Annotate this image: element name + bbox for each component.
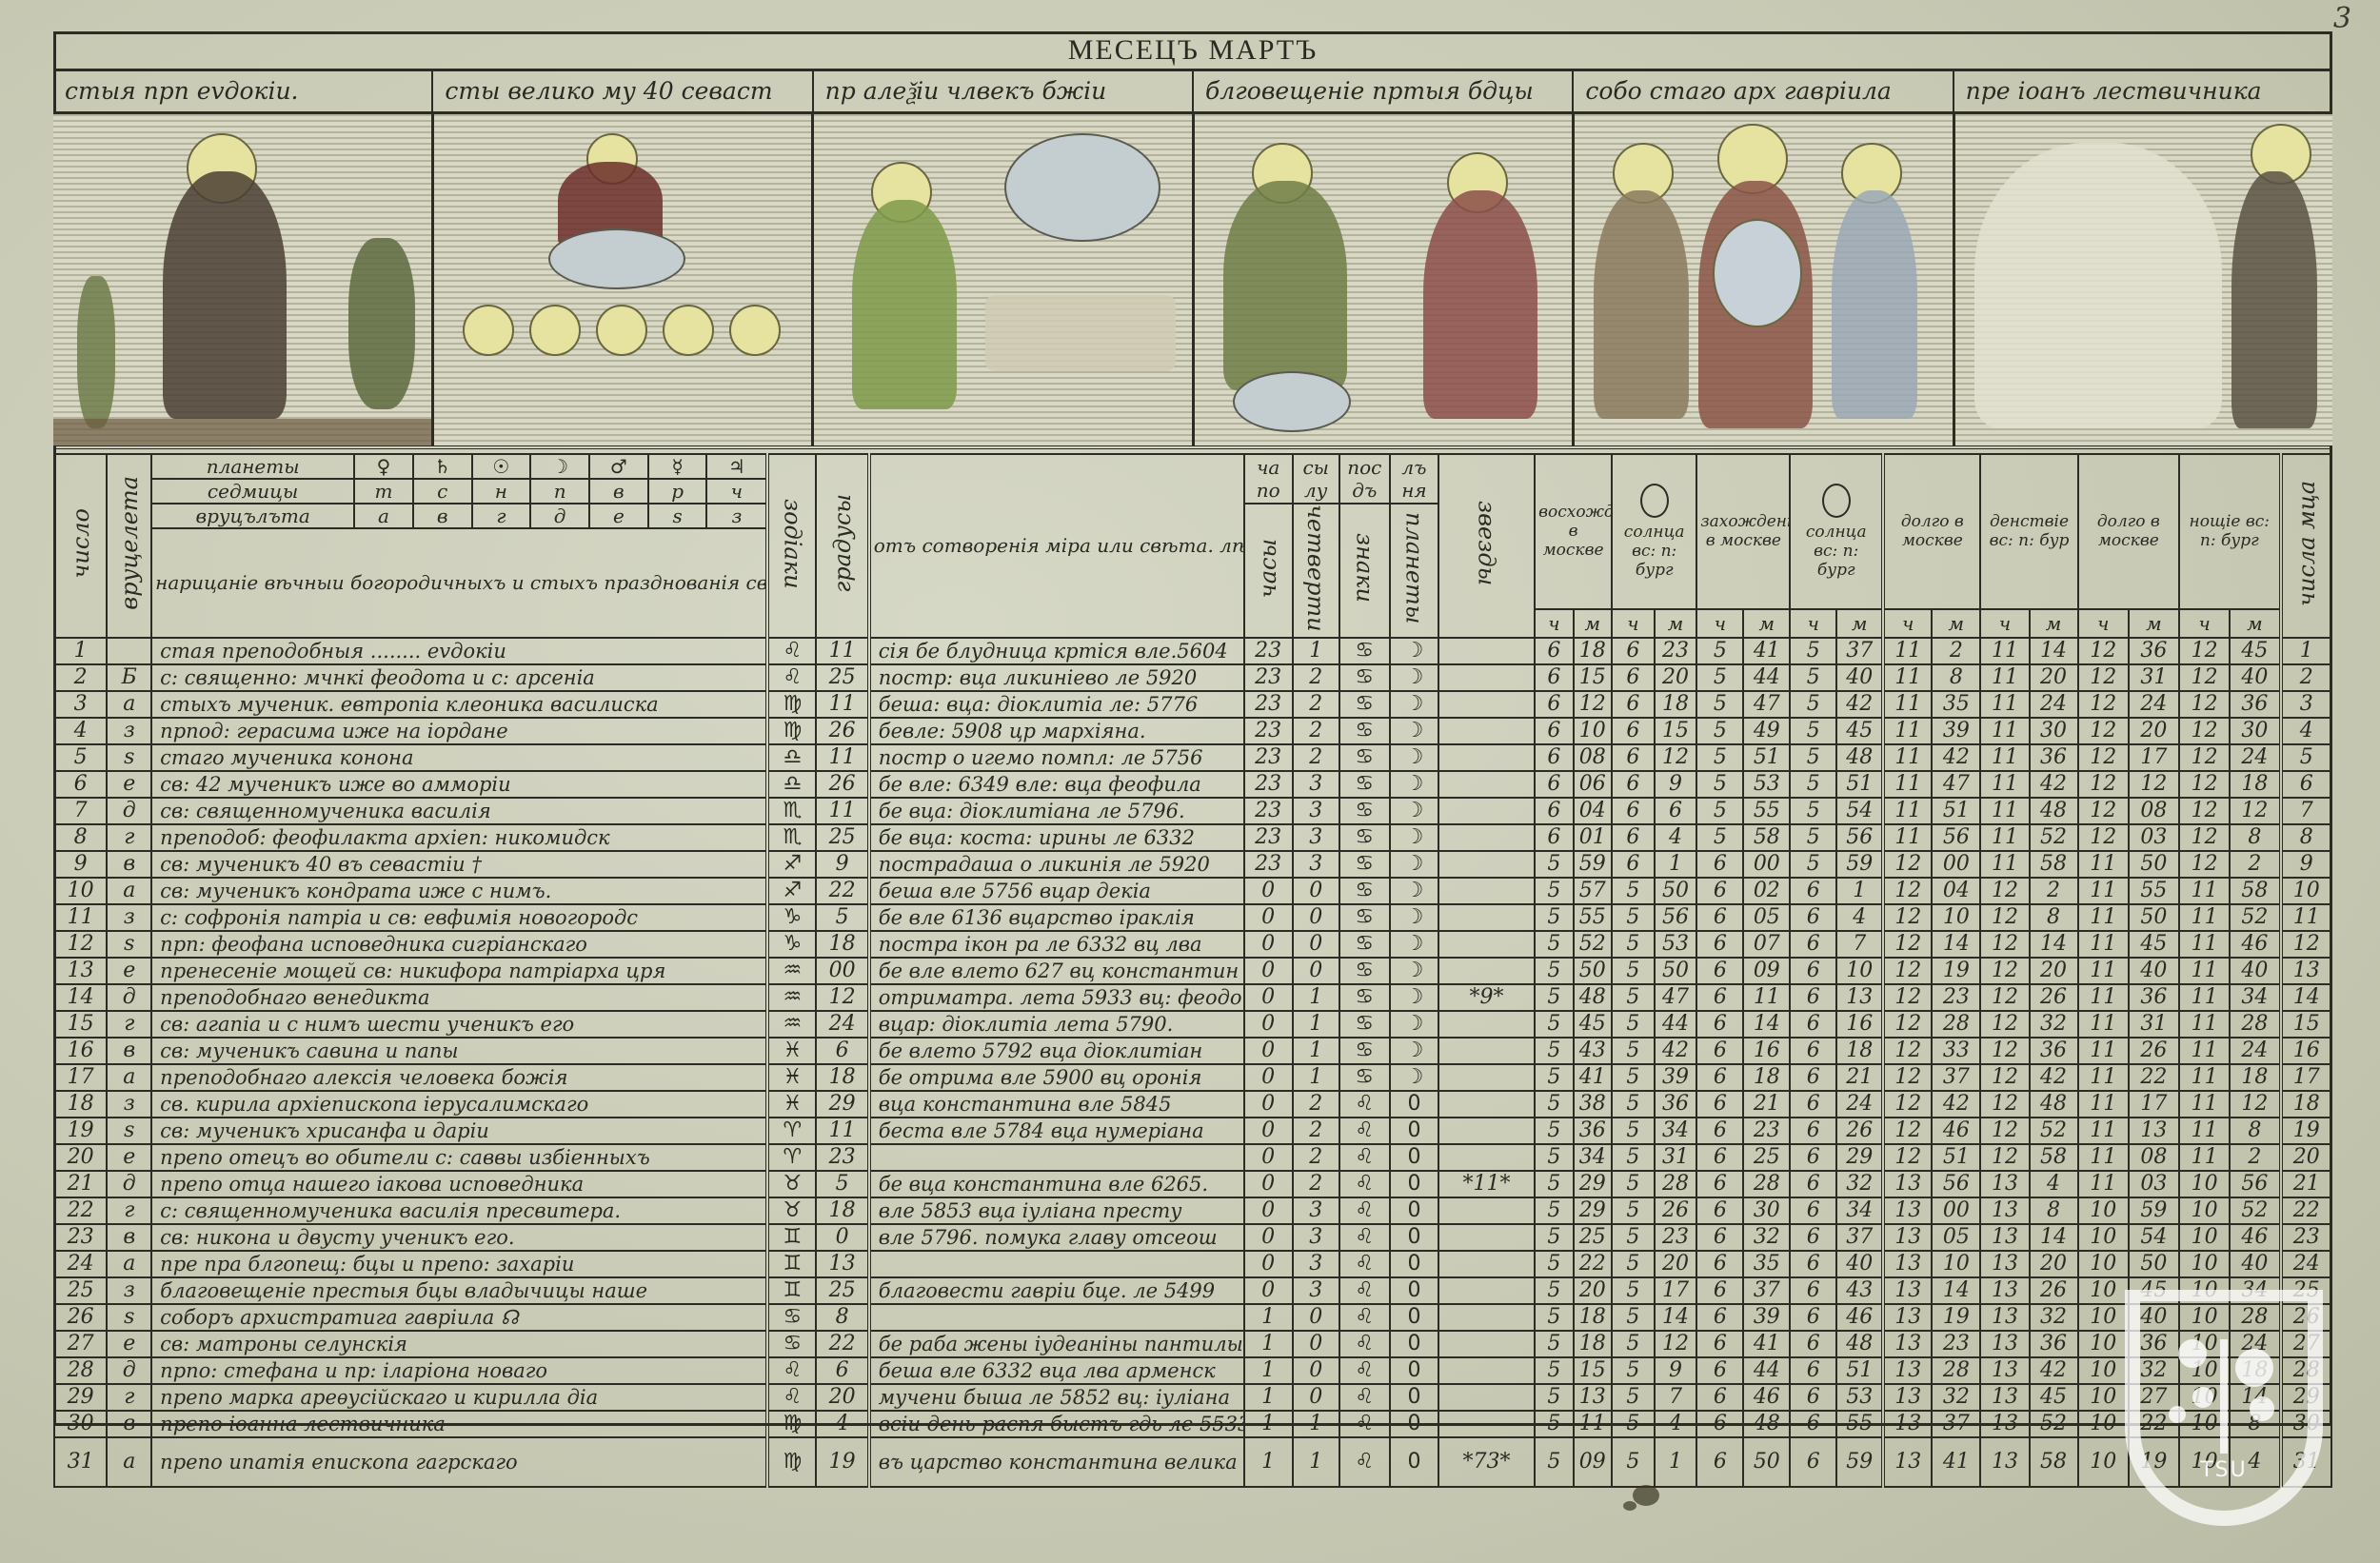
sunset-spb-h: 6: [1790, 1197, 1836, 1224]
sign-after: ♋: [1339, 744, 1390, 771]
nightlength-moscow-m: 08: [2129, 798, 2179, 824]
sunrise-spb-m: 4: [1655, 824, 1697, 851]
sunrise-spb-h: 5: [1612, 1384, 1655, 1411]
zodiac-sign: ♎: [767, 771, 816, 798]
sunset-moscow-h: 5: [1696, 664, 1743, 691]
stars: [1438, 638, 1535, 664]
commemoration: пренесеніе мощей св: никифора патріарха …: [151, 958, 767, 984]
sunset-spb-h: 6: [1790, 1118, 1836, 1144]
sunset-moscow-m: 44: [1743, 1357, 1790, 1384]
daylength-moscow-m: 51: [1932, 798, 1980, 824]
quarters: 0: [1293, 1384, 1339, 1411]
weekday-letter: Б: [107, 664, 151, 691]
zodiac-sign: ♊: [767, 1251, 816, 1277]
sign-after: ♌: [1339, 1384, 1390, 1411]
sunrise-spb-m: 23: [1655, 1224, 1697, 1251]
quarters: 2: [1293, 744, 1339, 771]
sunrise-spb-m: 15: [1655, 718, 1697, 744]
planet-day: ☽: [1390, 824, 1438, 851]
zodiac-sign: ♑: [767, 904, 816, 931]
planet-day: 0: [1390, 1197, 1438, 1224]
nightlength-spb-m: 24: [2230, 1038, 2280, 1064]
zodiac-sign: ♈: [767, 1118, 816, 1144]
planet-day: ☽: [1390, 851, 1438, 878]
nightlength-moscow-h: 12: [2078, 664, 2129, 691]
col-degrees: градусы: [816, 454, 868, 638]
table-row: 23всв: никона и двусту ученикъ его.♊0вле…: [54, 1224, 2331, 1251]
sunrise-spb-h: 6: [1612, 851, 1655, 878]
daylength-spb-m: 26: [2030, 1277, 2078, 1304]
degrees: 6: [816, 1357, 868, 1384]
degrees: 12: [816, 984, 868, 1011]
nightlength-spb-m: 40: [2230, 1251, 2280, 1277]
hours: 23: [1244, 664, 1293, 691]
daylength-moscow-m: 19: [1932, 1304, 1980, 1331]
sign-after: ♋: [1339, 1011, 1390, 1038]
nightlength-moscow-h: 11: [2078, 1011, 2129, 1038]
illustration-saint-alexius: [814, 114, 1195, 445]
nightlength-spb-m: 2: [2230, 1144, 2280, 1171]
planet-day: ☽: [1390, 904, 1438, 931]
table-row: 3астыхъ мученик. евтропіа клеоника васил…: [54, 691, 2331, 718]
nightlength-spb-h: 10: [2179, 1251, 2230, 1277]
sign-after: ♌: [1339, 1277, 1390, 1304]
nightlength-spb-m: 30: [2230, 718, 2280, 744]
zodiac-sign: ♎: [767, 744, 816, 771]
unit-minutes: м: [2129, 609, 2179, 638]
nightlength-spb-m: 18: [2230, 771, 2280, 798]
ink-stain: [1633, 1485, 1659, 1506]
day-number: 7: [54, 798, 107, 824]
stars: [1438, 824, 1535, 851]
vrutsleto-letter: а: [354, 504, 413, 528]
watermark-label: TSU: [2140, 1458, 2308, 1482]
sunrise-moscow-m: 08: [1574, 744, 1612, 771]
nightlength-moscow-m: 17: [2129, 744, 2179, 771]
daylength-spb-h: 12: [1980, 1064, 2029, 1091]
sunset-moscow-m: 35: [1743, 1251, 1790, 1277]
nightlength-moscow-m: 40: [2129, 958, 2179, 984]
sunset-spb-m: 26: [1836, 1118, 1883, 1144]
daylength-spb-h: 13: [1980, 1331, 2029, 1357]
zodiac-sign: ♐: [767, 851, 816, 878]
daylength-spb-m: 48: [2030, 798, 2078, 824]
planet-day: 0: [1390, 1331, 1438, 1357]
weekday-letter: з: [107, 1091, 151, 1118]
daylength-spb-m: 20: [2030, 1251, 2078, 1277]
day-number: 31: [54, 1437, 107, 1487]
daylength-spb-h: 13: [1980, 1277, 2029, 1304]
sunset-spb-h: 6: [1790, 1277, 1836, 1304]
feast-heading: стыя прп еvдокіи.: [53, 71, 433, 111]
nightlength-spb-h: 12: [2179, 638, 2230, 664]
hours: 0: [1244, 1011, 1293, 1038]
nightlength-spb-h: 11: [2179, 1144, 2230, 1171]
zodiac-sign: ♍: [767, 1437, 816, 1487]
sunrise-moscow-h: 5: [1535, 1091, 1573, 1118]
day-number: 13: [54, 958, 107, 984]
day-number: 2: [54, 664, 107, 691]
daylength-moscow-h: 12: [1883, 931, 1932, 958]
commemoration: препо іоанна лествичника: [151, 1411, 767, 1437]
degrees: 19: [816, 1437, 868, 1487]
sunrise-moscow-h: 5: [1535, 931, 1573, 958]
nightlength-moscow-h: 11: [2078, 1118, 2129, 1144]
sunset-spb-m: 56: [1836, 824, 1883, 851]
weekday-letter: а: [107, 1064, 151, 1091]
col-after-bottom: знаки: [1339, 504, 1390, 638]
nightlength-moscow-m: 03: [2129, 824, 2179, 851]
sunset-spb-m: 59: [1836, 851, 1883, 878]
sign-after: ♌: [1339, 1144, 1390, 1171]
planet-day: 0: [1390, 1091, 1438, 1118]
weekday-letter: в: [107, 1038, 151, 1064]
sunrise-spb-m: 12: [1655, 1331, 1697, 1357]
nightlength-moscow-h: 11: [2078, 878, 2129, 904]
daylength-moscow-m: 41: [1932, 1437, 1980, 1487]
era-note: бевле: 5908 цр мархіяна.: [869, 718, 1244, 744]
daylength-moscow-m: 28: [1932, 1011, 1980, 1038]
zodiac-sign: ♍: [767, 1411, 816, 1437]
planet-day: 0: [1390, 1144, 1438, 1171]
nightlength-spb-h: 11: [2179, 904, 2230, 931]
sunrise-moscow-h: 5: [1535, 1304, 1573, 1331]
sunrise-moscow-m: 48: [1574, 984, 1612, 1011]
sunrise-moscow-m: 25: [1574, 1224, 1612, 1251]
planet-day: ☽: [1390, 744, 1438, 771]
sunrise-spb-h: 5: [1612, 1011, 1655, 1038]
commemoration: препо марка ареѳусійскаго и кирилла діа: [151, 1384, 767, 1411]
day-number-right: 1: [2281, 638, 2332, 664]
table-row: 30впрепо іоанна лествичника♍4всіи день р…: [54, 1411, 2331, 1437]
illustration-forty-martyrs: [434, 114, 815, 445]
sunset-spb-m: 4: [1836, 904, 1883, 931]
day-number-right: 16: [2281, 1038, 2332, 1064]
daylength-spb-m: 20: [2030, 664, 2078, 691]
daylength-moscow-h: 11: [1883, 638, 1932, 664]
daylength-spb-h: 13: [1980, 1411, 2029, 1437]
planets-label: планеты: [151, 454, 354, 479]
day-number-right: 9: [2281, 851, 2332, 878]
nightlength-spb-m: 36: [2230, 691, 2280, 718]
day-number: 11: [54, 904, 107, 931]
era-note: сія бе блудница кртіся вле.5604: [869, 638, 1244, 664]
planet-symbol: ☉: [472, 454, 531, 479]
sunset-spb-m: 43: [1836, 1277, 1883, 1304]
degrees: 29: [816, 1091, 868, 1118]
table-row: 22гс: священномученика василія пресвитер…: [54, 1197, 2331, 1224]
sunset-moscow-h: 6: [1696, 1357, 1743, 1384]
unit-hours: ч: [1696, 609, 1743, 638]
quarters: 1: [1293, 1038, 1339, 1064]
sunrise-moscow-h: 5: [1535, 1331, 1573, 1357]
col-day-right: числа мца: [2281, 454, 2332, 638]
nightlength-moscow-m: 50: [2129, 1251, 2179, 1277]
sunrise-spb-m: 50: [1655, 878, 1697, 904]
daylength-moscow-h: 12: [1883, 1064, 1932, 1091]
hours: 23: [1244, 824, 1293, 851]
hours: 23: [1244, 638, 1293, 664]
sunset-spb-m: 46: [1836, 1304, 1883, 1331]
sunrise-moscow-m: 36: [1574, 1118, 1612, 1144]
sunset-moscow-m: 02: [1743, 878, 1790, 904]
stars: [1438, 664, 1535, 691]
weekday-letter: г: [107, 824, 151, 851]
zodiac-sign: ♒: [767, 984, 816, 1011]
era-note: бе отрима вле 5900 вц оронія: [869, 1064, 1244, 1091]
sunrise-moscow-m: 22: [1574, 1251, 1612, 1277]
sunset-spb-m: 7: [1836, 931, 1883, 958]
nightlength-moscow-m: 31: [2129, 664, 2179, 691]
sunrise-moscow-m: 09: [1574, 1437, 1612, 1487]
weekday-letter: з: [107, 718, 151, 744]
day-number: 1: [54, 638, 107, 664]
planet-symbol: ☽: [530, 454, 589, 479]
weekday-letter: в: [107, 851, 151, 878]
sunset-moscow-m: 44: [1743, 664, 1790, 691]
hours: 1: [1244, 1304, 1293, 1331]
daylength-moscow-h: 11: [1883, 744, 1932, 771]
daylength-spb-h: 11: [1980, 664, 2029, 691]
degrees: 11: [816, 1118, 868, 1144]
quarters: 0: [1293, 931, 1339, 958]
degrees: 8: [816, 1304, 868, 1331]
day-number: 19: [54, 1118, 107, 1144]
planet-day: 0: [1390, 1224, 1438, 1251]
commemoration: стая преподобныя ........ еvдокіи: [151, 638, 767, 664]
col-nightlength-moscow: долго в москве: [2078, 454, 2179, 609]
daylength-spb-h: 13: [1980, 1357, 2029, 1384]
daylength-moscow-m: 19: [1932, 958, 1980, 984]
sunrise-moscow-m: 34: [1574, 1144, 1612, 1171]
stars: [1438, 1331, 1535, 1357]
day-number-right: 7: [2281, 798, 2332, 824]
sunrise-moscow-m: 38: [1574, 1091, 1612, 1118]
daylength-moscow-m: 10: [1932, 904, 1980, 931]
degrees: 11: [816, 744, 868, 771]
daylength-moscow-h: 13: [1883, 1357, 1932, 1384]
stars: [1438, 1224, 1535, 1251]
era-note: [869, 1251, 1244, 1277]
sunrise-moscow-h: 5: [1535, 1437, 1573, 1487]
illustration-synaxis-gabriel: [1575, 114, 1955, 445]
planet-day: 0: [1390, 1437, 1438, 1487]
daylength-moscow-m: 37: [1932, 1064, 1980, 1091]
daylength-spb-h: 12: [1980, 1144, 2029, 1171]
weekday-letter: а: [107, 1251, 151, 1277]
table-row: 14дпреподобнаго венедикта♒12отриматра. л…: [54, 984, 2331, 1011]
sunrise-spb-h: 6: [1612, 664, 1655, 691]
hours: 0: [1244, 1224, 1293, 1251]
day-number-right: 2: [2281, 664, 2332, 691]
sign-after: ♋: [1339, 931, 1390, 958]
sign-after: ♋: [1339, 1038, 1390, 1064]
nightlength-spb-m: 40: [2230, 958, 2280, 984]
sunset-moscow-h: 6: [1696, 1251, 1743, 1277]
planet-day: ☽: [1390, 798, 1438, 824]
col-sunset-spb: солнца вс: п: бург: [1790, 454, 1883, 609]
sign-after: ♋: [1339, 851, 1390, 878]
zodiac-sign: ♊: [767, 1224, 816, 1251]
sunset-moscow-m: 51: [1743, 744, 1790, 771]
daylength-moscow-h: 11: [1883, 691, 1932, 718]
sunrise-spb-h: 5: [1612, 1304, 1655, 1331]
commemoration: св: мученикъ 40 въ севастіи †: [151, 851, 767, 878]
commemoration: св: мученикъ савина и папы: [151, 1038, 767, 1064]
sunset-spb-h: 6: [1790, 1224, 1836, 1251]
nightlength-moscow-h: 12: [2078, 798, 2129, 824]
nightlength-spb-h: 12: [2179, 771, 2230, 798]
sunset-spb-h: 6: [1790, 931, 1836, 958]
feast-heading: пр алеѯіи члвекъ бжіи: [814, 71, 1194, 111]
quarters: 3: [1293, 798, 1339, 824]
nightlength-spb-h: 12: [2179, 851, 2230, 878]
daylength-spb-m: 24: [2030, 691, 2078, 718]
day-number: 15: [54, 1011, 107, 1038]
sunset-moscow-m: 39: [1743, 1304, 1790, 1331]
sunset-spb-h: 6: [1790, 1171, 1836, 1197]
day-number: 26: [54, 1304, 107, 1331]
unit-minutes: м: [1574, 609, 1612, 638]
era-note: бе раба жены іудеаніны пантилы: [869, 1331, 1244, 1357]
sunrise-spb-h: 5: [1612, 1197, 1655, 1224]
zodiac-sign: ♓: [767, 1091, 816, 1118]
sunrise-spb-m: 53: [1655, 931, 1697, 958]
daylength-spb-m: 48: [2030, 1091, 2078, 1118]
daylength-spb-h: 11: [1980, 798, 2029, 824]
nightlength-spb-h: 12: [2179, 691, 2230, 718]
weekday-letter: [107, 638, 151, 664]
zodiac-sign: ♉: [767, 1171, 816, 1197]
sunset-spb-h: 5: [1790, 851, 1836, 878]
illustration-annunciation: [1195, 114, 1576, 445]
col-sunset-moscow: захожденіе в москве: [1696, 454, 1790, 609]
table-row: 11зс: софронія патріа и св: евфимія ново…: [54, 904, 2331, 931]
daylength-spb-m: 36: [2030, 744, 2078, 771]
nightlength-spb-m: 45: [2230, 638, 2280, 664]
sign-after: ♌: [1339, 1118, 1390, 1144]
sunrise-spb-h: 6: [1612, 744, 1655, 771]
day-number: 20: [54, 1144, 107, 1171]
sunrise-moscow-h: 5: [1535, 1357, 1573, 1384]
daylength-moscow-h: 11: [1883, 718, 1932, 744]
sunset-spb-h: 6: [1790, 958, 1836, 984]
sunset-spb-m: 37: [1836, 638, 1883, 664]
stars: [1438, 851, 1535, 878]
nightlength-spb-m: 8: [2230, 824, 2280, 851]
sunset-spb-h: 6: [1790, 904, 1836, 931]
planet-symbol: ♃: [706, 454, 767, 479]
sunrise-spb-m: 28: [1655, 1171, 1697, 1197]
vrutsleto-label: вруцълъта: [151, 504, 354, 528]
zodiac-sign: ♍: [767, 718, 816, 744]
day-number-right: 15: [2281, 1011, 2332, 1038]
sunrise-moscow-m: 06: [1574, 771, 1612, 798]
sunset-moscow-m: 46: [1743, 1384, 1790, 1411]
sunrise-spb-h: 6: [1612, 691, 1655, 718]
daylength-moscow-h: 13: [1883, 1224, 1932, 1251]
sign-after: ♌: [1339, 1091, 1390, 1118]
nightlength-moscow-h: 10: [2078, 1384, 2129, 1411]
daylength-spb-m: 14: [2030, 638, 2078, 664]
daylength-spb-h: 11: [1980, 824, 2029, 851]
daylength-spb-m: 4: [2030, 1171, 2078, 1197]
quarters: 0: [1293, 1357, 1339, 1384]
table-row: 15гсв: агапіа и с нимъ шести ученикъ его…: [54, 1011, 2331, 1038]
quarters: 0: [1293, 1331, 1339, 1357]
page-number: 3: [2333, 2, 2351, 35]
sunset-spb-m: 42: [1836, 691, 1883, 718]
sunrise-moscow-h: 5: [1535, 1064, 1573, 1091]
col-planet-day-top: лъ ня: [1390, 454, 1438, 504]
col-weekday-letter: вруцелета: [107, 454, 151, 638]
quarters: 0: [1293, 1304, 1339, 1331]
era-note: бе вле влето 627 вц константин: [869, 958, 1244, 984]
commemoration: преподоб: феофилакта архіеп: никомидск: [151, 824, 767, 851]
degrees: 23: [816, 1144, 868, 1171]
table-row: 2Бс: священно: мчнкі феодота и с: арсені…: [54, 664, 2331, 691]
hours: 23: [1244, 771, 1293, 798]
nightlength-moscow-h: 11: [2078, 958, 2129, 984]
commemoration: с: священномученика василія пресвитера.: [151, 1197, 767, 1224]
nightlength-spb-m: 12: [2230, 798, 2280, 824]
daylength-moscow-m: 46: [1932, 1118, 1980, 1144]
sunrise-moscow-m: 45: [1574, 1011, 1612, 1038]
sunset-moscow-h: 6: [1696, 984, 1743, 1011]
daylength-moscow-m: 05: [1932, 1224, 1980, 1251]
quarters: 1: [1293, 638, 1339, 664]
sunset-spb-m: 51: [1836, 771, 1883, 798]
weekday-letter: е: [107, 958, 151, 984]
zodiac-sign: ♊: [767, 1277, 816, 1304]
quarters: 2: [1293, 1091, 1339, 1118]
daylength-spb-h: 13: [1980, 1251, 2029, 1277]
commemoration: стаго мученика конона: [151, 744, 767, 771]
nightlength-moscow-m: 59: [2129, 1197, 2179, 1224]
sunrise-moscow-m: 52: [1574, 931, 1612, 958]
daylength-spb-m: 45: [2030, 1384, 2078, 1411]
sunrise-moscow-m: 41: [1574, 1064, 1612, 1091]
unit-hours: ч: [1980, 609, 2029, 638]
nightlength-moscow-h: 12: [2078, 718, 2129, 744]
nightlength-moscow-m: 50: [2129, 851, 2179, 878]
era-note: мучени быша ле 5852 вц: іуліана: [869, 1384, 1244, 1411]
nightlength-moscow-h: 11: [2078, 904, 2129, 931]
nightlength-spb-m: 8: [2230, 1118, 2280, 1144]
nightlength-spb-m: 28: [2230, 1011, 2280, 1038]
day-number-right: 4: [2281, 718, 2332, 744]
sunset-spb-m: 21: [1836, 1064, 1883, 1091]
weekday-letter: г: [107, 1011, 151, 1038]
daylength-moscow-h: 13: [1883, 1411, 1932, 1437]
nightlength-spb-h: 11: [2179, 1091, 2230, 1118]
stars: [1438, 691, 1535, 718]
nightlength-moscow-m: 45: [2129, 931, 2179, 958]
tree-icon: [2220, 1339, 2228, 1454]
sun-icon: [1822, 484, 1851, 518]
sunset-spb-h: 6: [1790, 1038, 1836, 1064]
era-note: беша вле 6332 вца лва арменск: [869, 1357, 1244, 1384]
sunset-moscow-m: 23: [1743, 1118, 1790, 1144]
stars: [1438, 1251, 1535, 1277]
sunrise-spb-m: 9: [1655, 1357, 1697, 1384]
sunrise-moscow-m: 50: [1574, 958, 1612, 984]
sunset-spb-h: 6: [1790, 1304, 1836, 1331]
sunrise-spb-h: 5: [1612, 931, 1655, 958]
nightlength-moscow-m: 24: [2129, 691, 2179, 718]
daylength-moscow-h: 13: [1883, 1277, 1932, 1304]
era-note: постра ікон ра ле 6332 вц лва: [869, 931, 1244, 958]
